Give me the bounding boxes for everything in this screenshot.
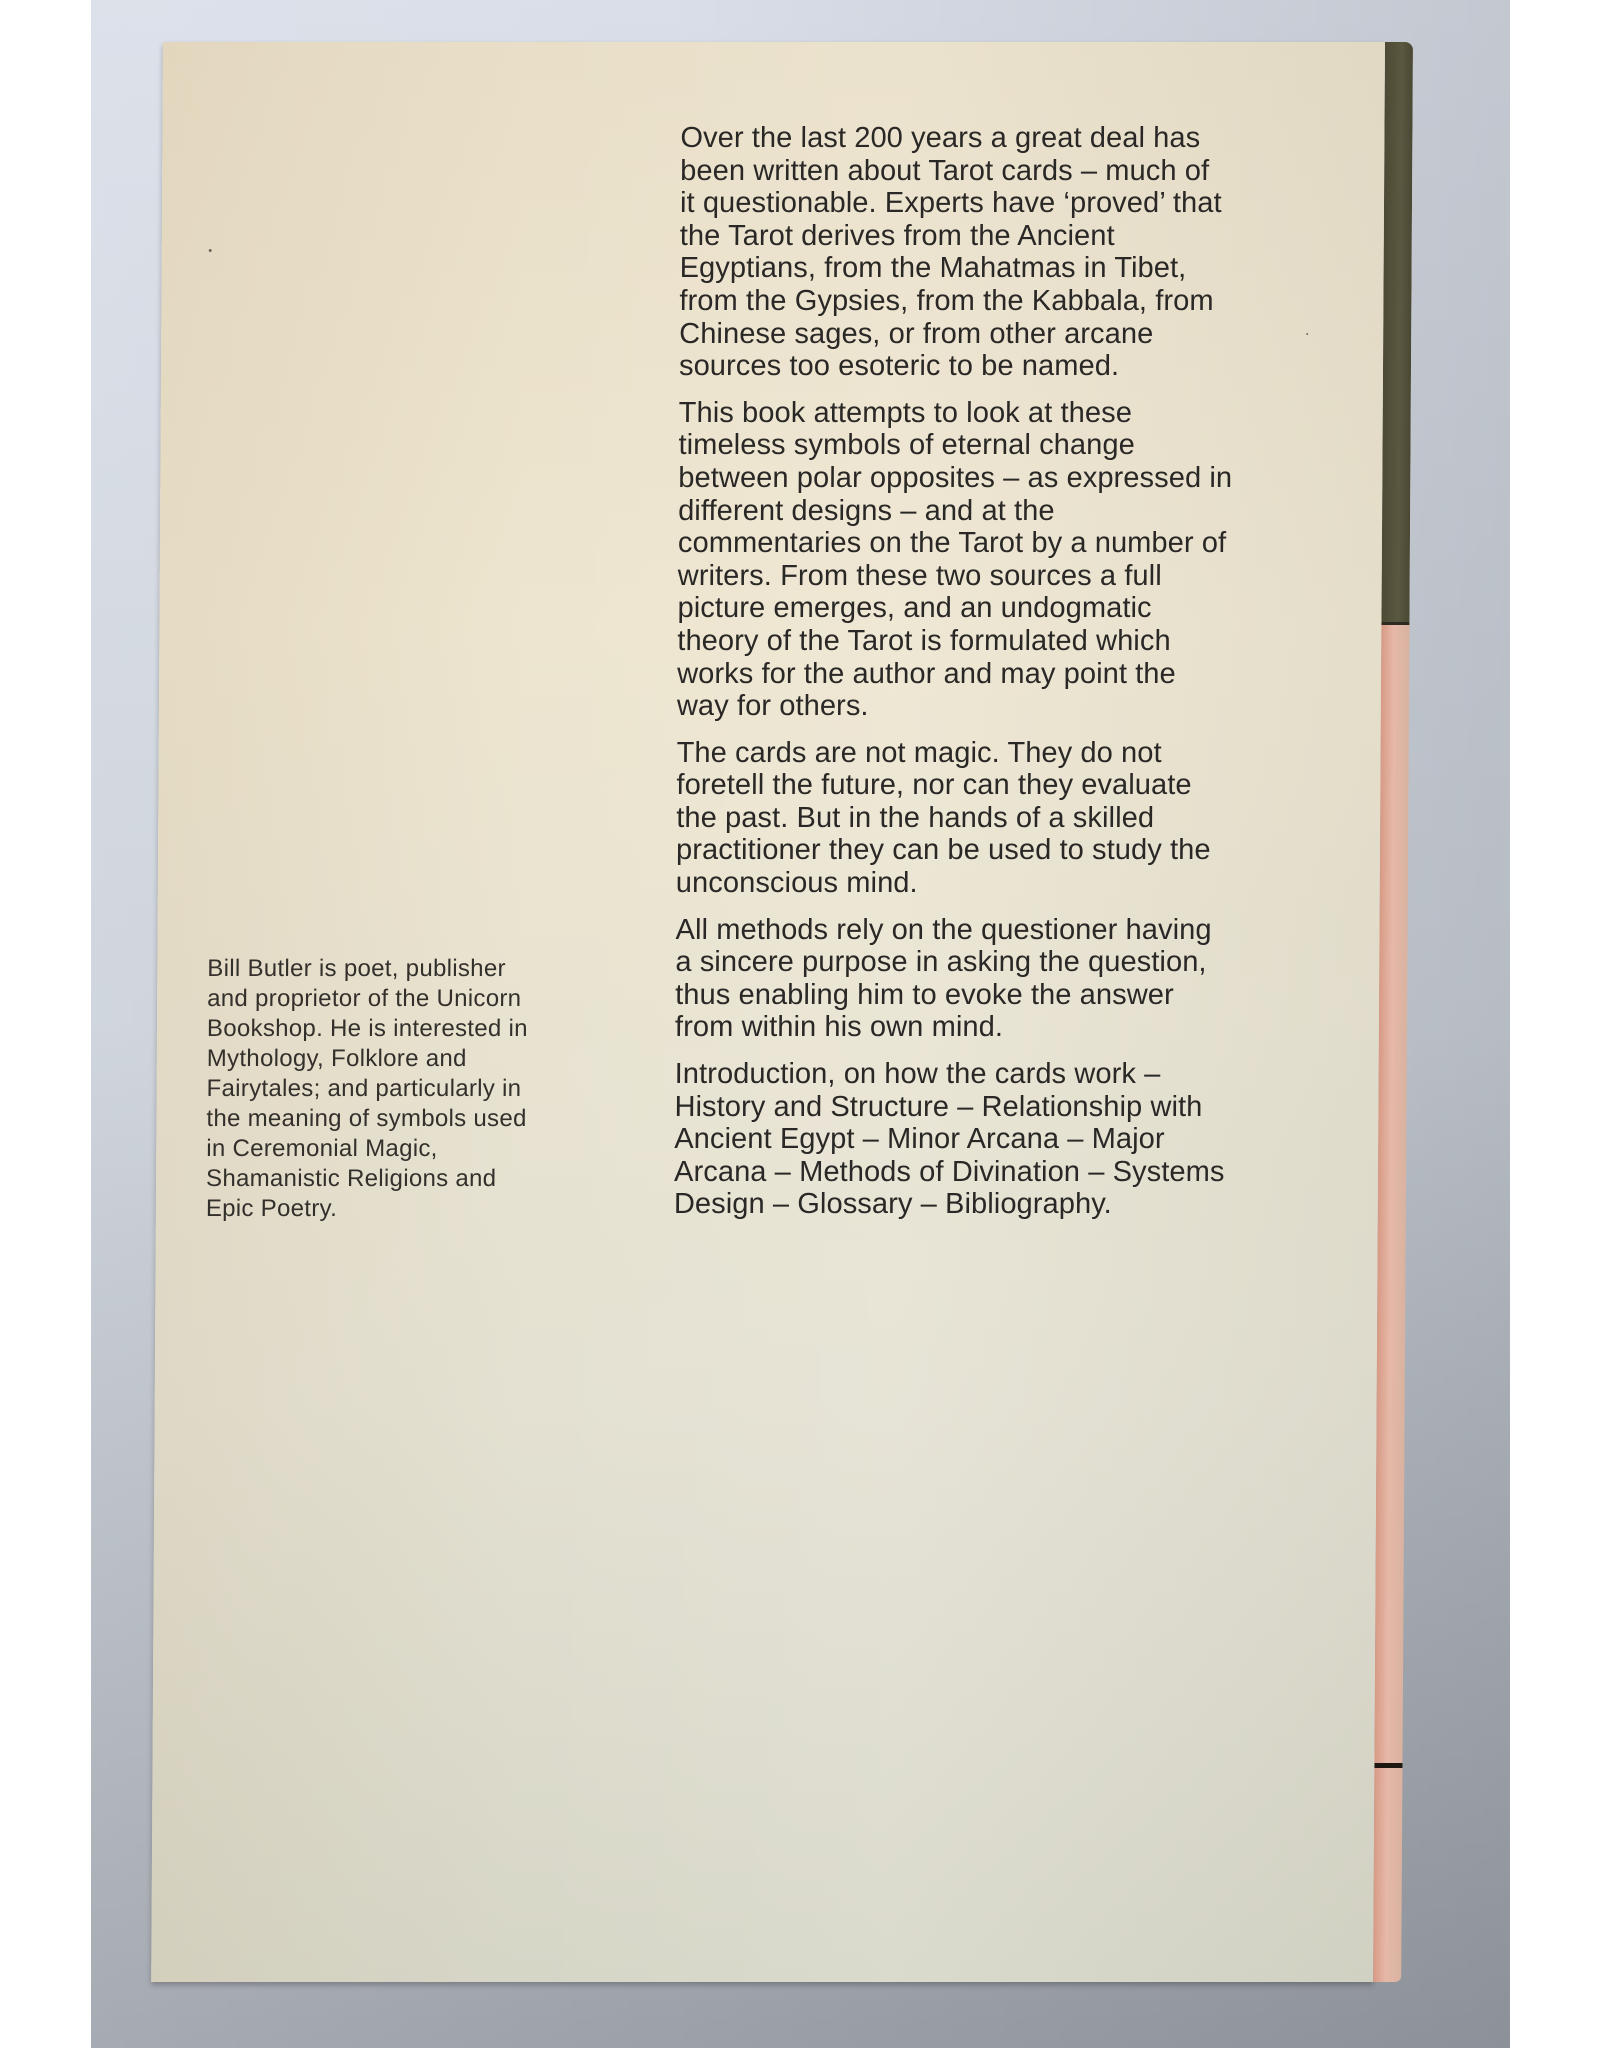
blurb-paragraph-history: Over the last 200 years a great deal has… — [679, 122, 1361, 383]
author-bio: Bill Butler is poet, publisher and propr… — [206, 954, 628, 1224]
spine-tick-mark — [1374, 1763, 1402, 1768]
blurb-paragraph-methods: All methods rely on the questioner havin… — [675, 914, 1356, 1044]
print-speck — [209, 249, 212, 252]
blurb-column: Over the last 200 years a great deal has… — [674, 122, 1361, 1235]
blurb-paragraph-purpose: This book attempts to look at these time… — [677, 397, 1359, 723]
spine-olive-band — [1381, 42, 1413, 625]
blurb-paragraph-contents: Introduction, on how the cards work – Hi… — [674, 1058, 1355, 1221]
book-back-cover: Over the last 200 years a great deal has… — [151, 42, 1413, 1982]
blurb-paragraph-not-magic: The cards are not magic. They do not for… — [676, 737, 1357, 900]
